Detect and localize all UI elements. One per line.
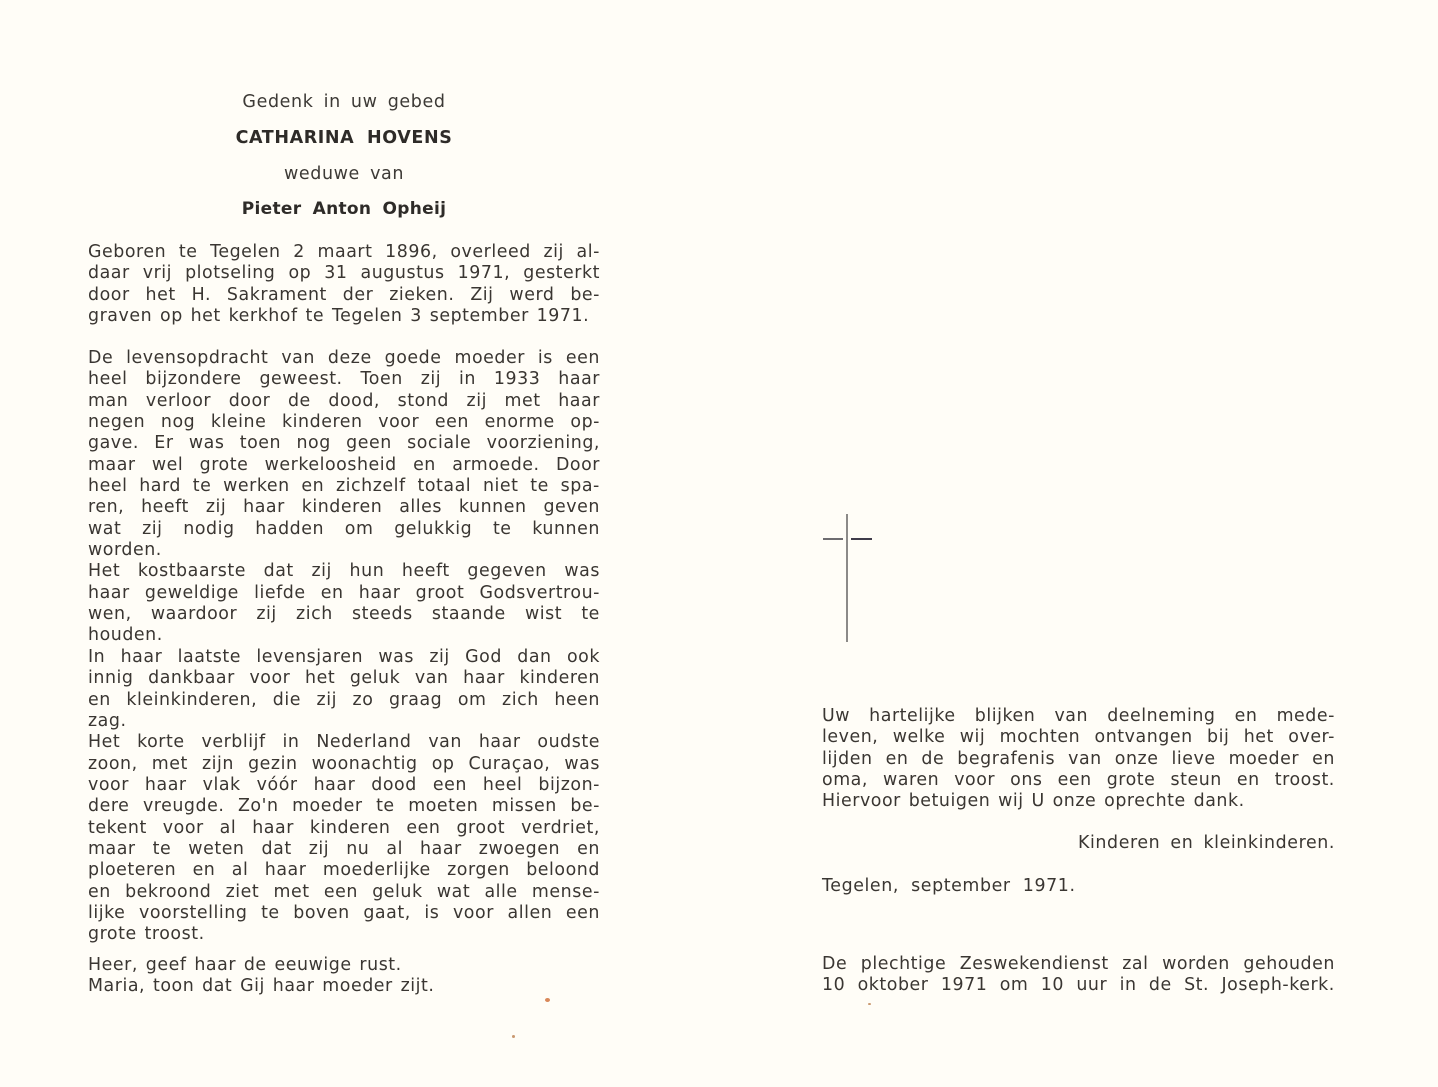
text-line: Delevensopdrachtvandezegoedemoederiseen <box>88 348 600 369</box>
text-line: ren,heeftzijhaarkinderenalleskunnengeven <box>88 497 600 518</box>
text-line: gave.Erwastoennoggeensocialevoorziening, <box>88 433 600 454</box>
text-line: Uwhartelijkeblijkenvandeelnemingenmede- <box>822 706 1335 727</box>
text-line: lijkevoorstellingtebovengaat,isvoorallen… <box>88 903 600 924</box>
text-line: heelhardtewerkenenzichzelftotaalniettesp… <box>88 476 600 497</box>
birth-death-paragraph: GeborenteTegelen2maart1896,overleedzijal… <box>88 242 600 327</box>
text-line: HiervoorbetuigenwijUonzeoprechtedank. <box>822 791 1335 812</box>
right-page <box>719 0 1438 1087</box>
text-line: negennogkleinekinderenvooreenenormeop- <box>88 412 600 433</box>
paper-speck <box>512 1035 515 1038</box>
signature: Kinderen en kleinkinderen. <box>822 833 1335 853</box>
text-line: InhaarlaatstelevensjarenwaszijGoddanook <box>88 647 600 668</box>
text-line: watzijnodighaddenomgelukkigtekunnen <box>88 519 600 540</box>
text-line: haargeweldigeliefdeenhaargrootGodsvertro… <box>88 583 600 604</box>
life-paragraph: Delevensopdrachtvandezegoedemoederiseenh… <box>88 348 600 946</box>
text-line: lijdenendebegrafenisvanonzelievemoederen <box>822 749 1335 770</box>
text-line: zag. <box>88 711 600 732</box>
cross-icon-left-arm <box>823 538 843 540</box>
text-line: maartewetendatzijnualhaarzwoegenen <box>88 839 600 860</box>
paper-speck <box>545 998 550 1002</box>
text-line: tekentvooralhaarkindereneengrootverdriet… <box>88 818 600 839</box>
service-notice: DeplechtigeZeswekendienstzalwordengehoud… <box>822 954 1335 997</box>
cross-icon-right-arm <box>851 538 872 540</box>
text-line: ploeterenenalhaarmoederlijkezorgenbeloon… <box>88 860 600 881</box>
text-line: DeplechtigeZeswekendienstzalwordengehoud… <box>822 954 1335 975</box>
text-line: worden. <box>88 540 600 561</box>
text-line: daarvrijplotselingop31augustus1971,geste… <box>88 263 600 284</box>
spouse-name: Pieter Anton Opheij <box>88 199 600 219</box>
relation-label: weduwe van <box>88 164 600 184</box>
text-line: voorhaarvlakvóórhaardoodeenheelbijzon- <box>88 775 600 796</box>
prayer-intro: Gedenk in uw gebed <box>88 92 600 112</box>
text-line: oma,warenvooronseengrotesteunentroost. <box>822 770 1335 791</box>
paper-speck <box>868 1003 871 1005</box>
thanks-paragraph: Uwhartelijkeblijkenvandeelnemingenmede-l… <box>822 706 1335 813</box>
text-line: gravenophetkerkhofteTegelen3september197… <box>88 306 600 327</box>
text-line: enbekroondzietmeteengelukwatallemense- <box>88 882 600 903</box>
text-line: manverloordoordedood,stondzijmethaar <box>88 391 600 412</box>
cross-icon <box>846 514 848 642</box>
text-line: Maria,toondatGijhaarmoederzijt. <box>88 976 600 997</box>
place-date: Tegelen, september 1971. <box>822 876 1076 896</box>
text-line: GeborenteTegelen2maart1896,overleedzijal… <box>88 242 600 263</box>
text-line: houden. <box>88 625 600 646</box>
text-line: grotetroost. <box>88 924 600 945</box>
deceased-name: CATHARINA HOVENS <box>88 128 600 148</box>
text-line: leven,welkewijmochtenontvangenbijhetover… <box>822 727 1335 748</box>
text-line: maarwelgrotewerkeloosheidenarmoede.Door <box>88 455 600 476</box>
text-line: wen,waardoorzijzichsteedsstaandewistte <box>88 604 600 625</box>
text-line: zoon,metzijngezinwoonachtigopCuraçao,was <box>88 754 600 775</box>
text-line: heelbijzonderegeweest.Toenzijin1933haar <box>88 369 600 390</box>
text-line: HetkorteverblijfinNederlandvanhaaroudste <box>88 732 600 753</box>
closing-prayer: Heer,geefhaardeeeuwigerust.Maria,toondat… <box>88 955 600 998</box>
text-line: doorhetH.Sakramentderzieken.Zijwerdbe- <box>88 285 600 306</box>
text-line: derevreugde.Zo'nmoedertemoetenmissenbe- <box>88 796 600 817</box>
text-line: enkleinkinderen,diezijzograagomzichheen <box>88 690 600 711</box>
text-line: Hetkostbaarstedatzijhunheeftgegevenwas <box>88 561 600 582</box>
text-line: 10oktober1971om10uurindeSt.Joseph-kerk. <box>822 975 1335 996</box>
text-line: Heer,geefhaardeeeuwigerust. <box>88 955 600 976</box>
text-line: innigdankbaarvoorhetgelukvanhaarkinderen <box>88 668 600 689</box>
